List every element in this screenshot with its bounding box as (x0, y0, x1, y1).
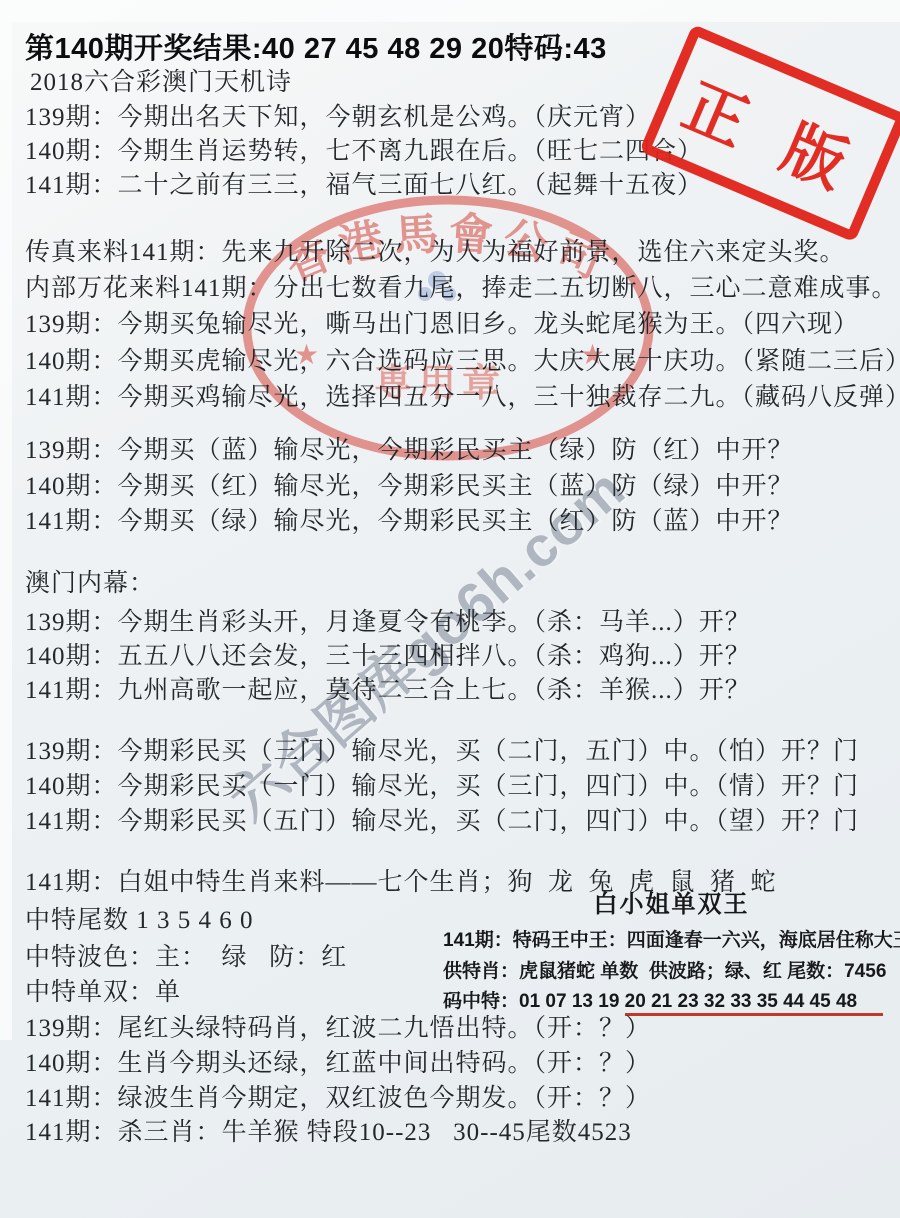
color-line: 140期：今期买（红）输尽光，今期彩民买主（蓝）防（绿）中开？ (25, 466, 794, 502)
color-line: 141期：今期买（绿）输尽光，今期彩民买主（红）防（蓝）中开？ (25, 501, 794, 537)
bottom-line: 141期：绿波生肖今期定，双红波色今期发。（开：？） (25, 1078, 651, 1114)
bottom-line: 141期：杀三肖：牛羊猴 特段10--23 30--45尾数4523 (25, 1112, 632, 1148)
subtitle: 2018六合彩澳门天机诗 (30, 62, 292, 98)
fax-line: 140期：今期买虎输尽光，六合选码应三思。大庆大展十庆功。（紧随二三后） (25, 341, 900, 377)
baijie-line: 中特尾数 1 3 5 4 6 0 (25, 900, 254, 936)
fax-line: 141期：今期买鸡输尽光，选择四五分一八，三十独裁存二九。（藏码八反弹） (25, 377, 900, 413)
right-panel-line: 141期：特码王中王：四面逢春一六兴，海底居住称大王 (443, 926, 900, 957)
macau-line: 139期：今期生肖彩头开，月逢夏令有桃李。（杀：马羊...）开？ (25, 602, 751, 638)
right-panel-line: 供特肖：虎鼠猪蛇 单数 供波路；绿、红 尾数：7456 (443, 957, 900, 988)
color-line: 139期：今期买（蓝）输尽光，今期彩民买主（绿）防（红）中开？ (25, 430, 794, 466)
white-lady-panel: 白小姐单双王 141期：特码王中王：四面逢春一六兴，海底居住称大王 供特肖：虎鼠… (443, 884, 900, 1018)
baijie-line: 中特单双：单 (25, 972, 181, 1008)
fax-line: 139期：今期买兔输尽光，嘶马出门恩旧乡。龙头蛇尾猴为王。（四六现） (25, 304, 859, 340)
poem-line: 139期：今期出名天下知，今朝玄机是公鸡。（庆元宵） (25, 97, 651, 133)
fax-line: 传真来料141期：先来九开除二次，为人为福好前景，选住六来定头奖。 (25, 232, 846, 268)
baijie-line: 中特波色：主： 绿 防：红 (25, 937, 347, 973)
poem-line: 140期：今期生肖运势转，七不离九跟在后。（旺七二四合） (25, 131, 703, 167)
macau-heading: 澳门内幕： (25, 563, 155, 599)
special-numbers-underlined: 20 21 23 32 33 35 44 45 48 (625, 991, 883, 1016)
door-line: 140期：今期彩民买（一门）输尽光，买（三门，四门）中。（情）开？门 (25, 766, 859, 802)
top-edge-strip (0, 0, 900, 22)
left-edge-strip (0, 0, 12, 1040)
right-panel-heading: 白小姐单双王 (443, 884, 900, 919)
tip-sheet-page: 香港馬會公司 ★ ★ 専用章 六合图库go6h.com 正 版 第140期开奖结… (0, 0, 900, 1218)
poem-line: 141期：二十之前有三三，福气三面七八红。（起舞十五夜） (25, 165, 703, 201)
bottom-line: 140期：生肖今期头还绿，红蓝中间出特码。（开：？） (25, 1043, 651, 1079)
door-line: 139期：今期彩民买（三门）输尽光，买（二门，五门）中。（怕）开？门 (25, 731, 859, 767)
macau-line: 140期：五五八八还会发，三十三四相拌八。（杀：鸡狗...）开？ (25, 636, 751, 672)
bottom-line: 139期：尾红头绿特码肖，红波二九悟出特。（开：？） (25, 1008, 651, 1044)
fax-line: 内部万花来料141期：分出七数看九尾，捧走二五切断八，三心二意难成事。 (25, 268, 898, 304)
door-line: 141期：今期彩民买（五门）输尽光，买（二门，四门）中。（望）开？门 (25, 801, 859, 837)
page-title: 第140期开奖结果:40 27 45 48 29 20特码:43 (25, 26, 607, 67)
genuine-stamp: 正 版 (639, 24, 900, 242)
macau-line: 141期：九州高歌一起应，莫待二三合上七。（杀：羊猴...）开？ (25, 670, 751, 706)
